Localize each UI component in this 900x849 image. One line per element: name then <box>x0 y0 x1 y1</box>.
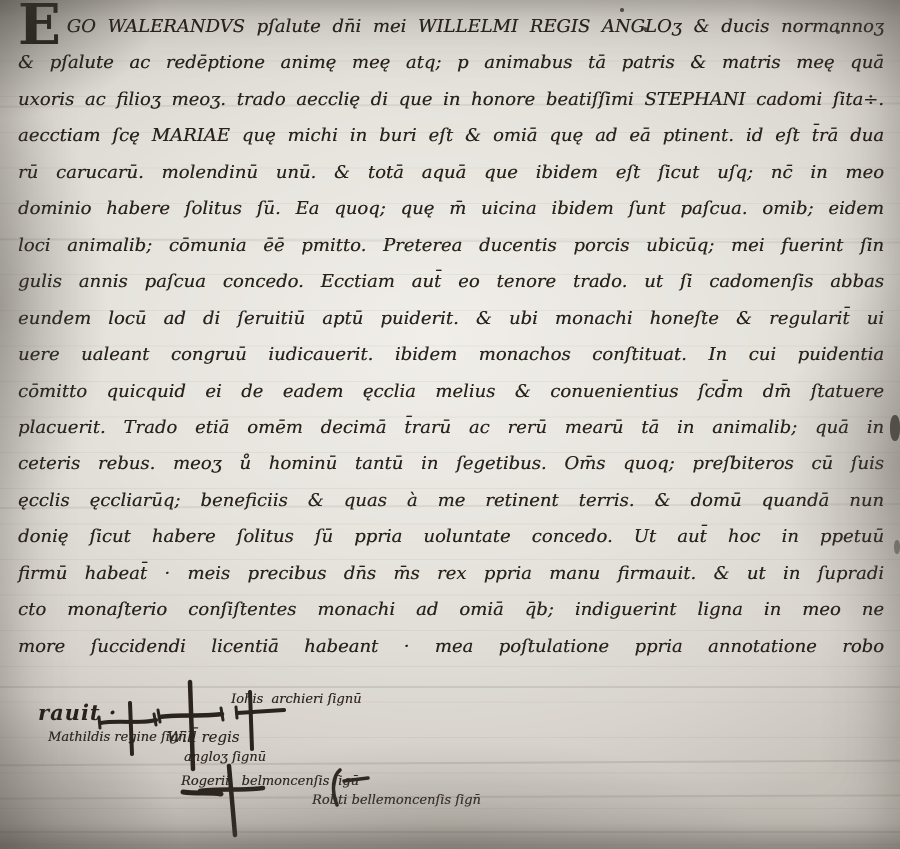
signature-label-king-william-2: angloʒ ſignū <box>184 750 266 765</box>
manuscript-line: dominio habere ſolitus ſū. Ea quoq; quę … <box>18 191 884 227</box>
signature-label-king-william: Will̄ regis <box>167 728 239 746</box>
manuscript-line: donię ſicut habere ſolitus ſū ppria uolu… <box>18 519 884 555</box>
manuscript-line: eundem locū ad di ſeruitiū aptū puiderit… <box>18 301 884 337</box>
manuscript-line: rū carucarū. molendinū unū. & totā aquā … <box>18 155 884 191</box>
manuscript-line: EGO WALERANDVS pſalute dn̄i mei WILLELMI… <box>18 9 884 45</box>
manuscript-line: cto monaſterio conſiſtentes monachi ad o… <box>18 592 884 628</box>
signature-label-roger-beaumont: Rogerii belmoncenſis ſigū <box>181 774 359 789</box>
crease-line <box>0 686 900 688</box>
charter-text: EGO WALERANDVS pſalute dn̄i mei WILLELMI… <box>18 9 884 665</box>
signature-label-robert-beaumont: Robti bellemoncenſis ſign̄ <box>312 793 481 808</box>
manuscript-line: aecctiam ſcę MARIAE quę michi in buri eſ… <box>18 118 884 154</box>
ink-speck <box>836 30 840 34</box>
crease-line <box>0 760 900 767</box>
manuscript-line: loci animalib; cōmunia ēē pmitto. Preter… <box>18 228 884 264</box>
manuscript-line: placuerit. Trado etiā omēm decimā t̄rarū… <box>18 410 884 446</box>
crease-line <box>0 831 900 833</box>
manuscript-line: cōmitto quicquid ei de eadem ęcclia meli… <box>18 374 884 410</box>
ink-speck <box>620 8 624 12</box>
signature-label-iohis-archer: Iohis archieri ſignū <box>231 692 361 707</box>
manuscript-line: ęcclis ęccliarūq; beneficiis & quas à me… <box>18 483 884 519</box>
manuscript-line-text: GO WALERANDVS pſalute dn̄i mei WILLELMI … <box>67 16 884 37</box>
edge-mark <box>890 415 900 441</box>
manuscript-line: gulis annis paſcua concedo. Ecctiam aut̄… <box>18 264 884 300</box>
manuscript-page: EGO WALERANDVS pſalute dn̄i mei WILLELMI… <box>0 0 900 849</box>
edge-mark <box>894 540 900 554</box>
manuscript-line: uxoris ac filioʒ meoʒ. trado aecclię di … <box>18 82 884 118</box>
manuscript-line: ceteris rebus. meoʒ ů hominū tantū in ſe… <box>18 446 884 482</box>
manuscript-line: firmū habeat̄ · meis precibus dn̄s m̄s r… <box>18 556 884 592</box>
ink-speck <box>643 27 647 31</box>
manuscript-line: uere ualeant congruū iudicauerit. ibidem… <box>18 337 884 373</box>
manuscript-line: more ſuccidendi licentiā habeant · mea p… <box>18 629 884 665</box>
manuscript-last-word: rauit · <box>38 700 117 725</box>
manuscript-line: & pſalute ac redēptione animę meę atq; p… <box>18 45 884 81</box>
